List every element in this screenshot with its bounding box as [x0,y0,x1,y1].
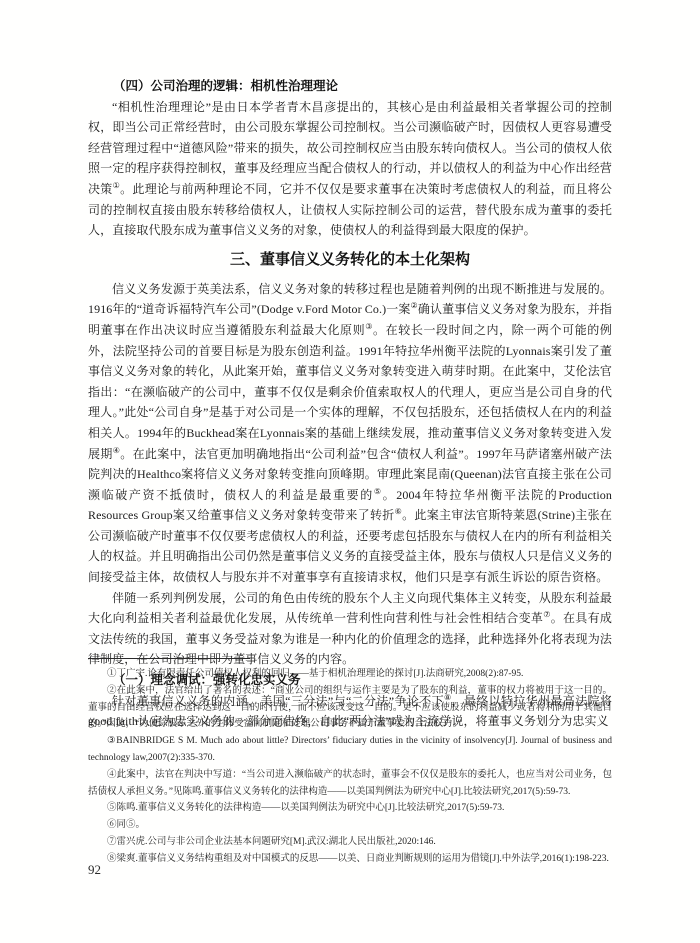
footnote-6: ⑥同⑤。 [88,817,612,834]
footnote-block: ①丁广宇.论有限责任公司债权人权利的回归——基于相机治理理论的探讨[J].法商研… [88,658,612,868]
page-body: （四）公司治理的逻辑：相机性治理理论 “相机性治理理论”是由日本学者青木昌彦提出… [88,76,612,732]
footnote-7: ⑦雷兴虎.公司与非公司企业法基本问题研究[M].武汉:湖北人民出版社,2020:… [88,834,612,851]
footnote-3: ③BAINBRIDGE S M. Much ado about little? … [88,733,612,767]
subsection-heading-governance: （四）公司治理的逻辑：相机性治理理论 [88,76,612,97]
paper-page: （四）公司治理的逻辑：相机性治理理论 “相机性治理理论”是由日本学者青木昌彦提出… [0,0,700,943]
page-number: 92 [88,862,101,878]
paragraph-fiduciary-evolution: 信义义务发源于英美法系，信义义务对象的转移过程也是随着判例的出现不断推进与发展的… [88,279,612,588]
section-heading-localization: 三、董事信义义务转化的本土化架构 [88,249,612,271]
footnote-2: ②在此案中，法官给出了著名的表述：“商业公司的组织与运作主要是为了股东的利益，董… [88,683,612,733]
footnote-8: ⑧梁爽.董事信义义务结构重组及对中国模式的反思——以美、日商业判断规则的运用为借… [88,851,612,868]
footnote-separator [88,658,250,659]
footnote-1: ①丁广宇.论有限责任公司债权人权利的回归——基于相机治理理论的探讨[J].法商研… [88,666,612,683]
footnote-4: ④此案中，法官在判决中写道：“当公司进入濒临破产的状态时，董事会不仅仅是股东的委… [88,767,612,801]
paragraph-governance-theory: “相机性治理理论”是由日本学者青木昌彦提出的，其核心是由利益最相关者掌握公司的控… [88,97,612,241]
footnote-5: ⑤陈鸣.董事信义义务转化的法律构造——以美国判例法为研究中心[J].比较法研究,… [88,800,612,817]
